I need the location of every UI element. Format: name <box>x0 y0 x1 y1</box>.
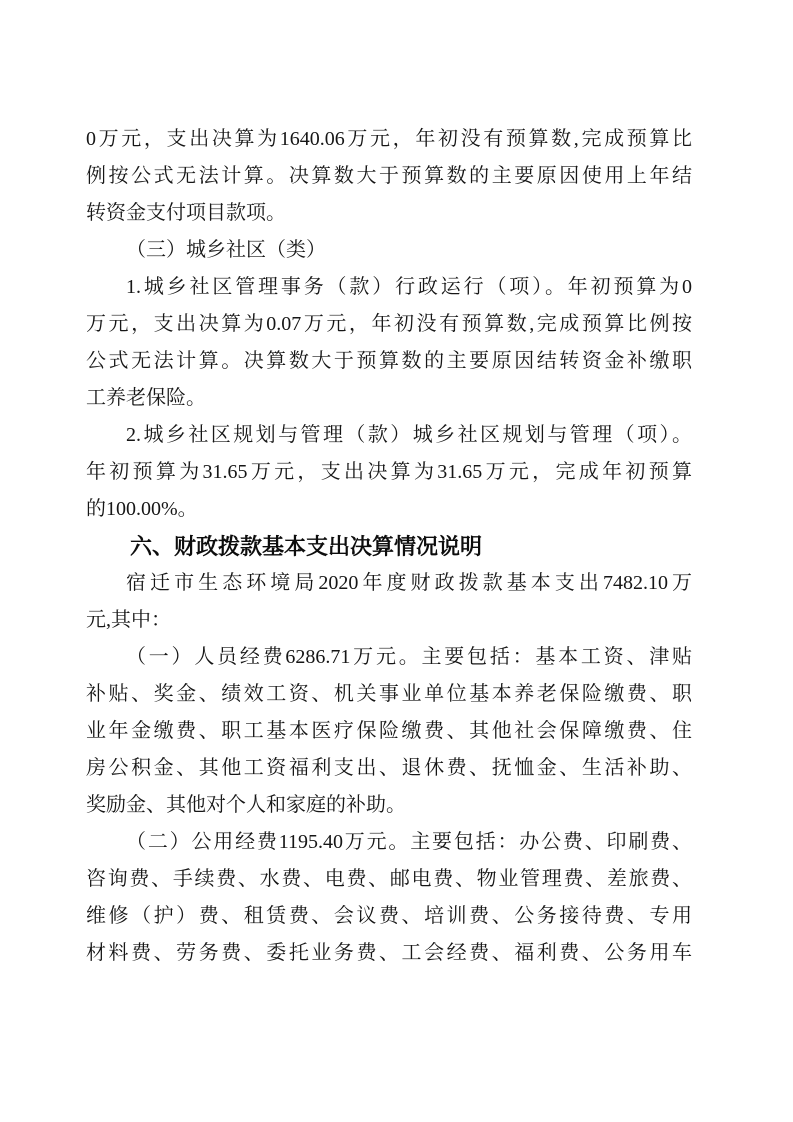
text-line: 补贴、奖金、绩效工资、机关事业单位基本养老保险缴费、职 <box>86 676 692 713</box>
text-line: 业年金缴费、职工基本医疗保险缴费、其他社会保障缴费、住 <box>86 713 692 750</box>
text-line: 房公积金、其他工资福利支出、退休费、抚恤金、生活补助、 <box>86 750 692 787</box>
text-line: 元,其中： <box>86 602 692 639</box>
document-page: 0万元，支出决算为1640.06万元，年初没有预算数,完成预算比例按公式无法计算… <box>0 0 793 1122</box>
text-line: （二）公用经费1195.40万元。主要包括：办公费、印刷费、 <box>86 824 692 861</box>
paragraph: 宿迁市生态环境局2020年度财政拨款基本支出7482.10万元,其中： <box>86 565 692 639</box>
paragraph: 0万元，支出决算为1640.06万元，年初没有预算数,完成预算比例按公式无法计算… <box>86 121 692 232</box>
text-line: 工养老保险。 <box>86 380 692 417</box>
text-line: 宿迁市生态环境局2020年度财政拨款基本支出7482.10万 <box>86 565 692 602</box>
text-line: 万元，支出决算为0.07万元，年初没有预算数,完成预算比例按 <box>86 306 692 343</box>
text-line: 年初预算为31.65万元，支出决算为31.65万元，完成年初预算 <box>86 454 692 491</box>
text-line: 维修（护）费、租赁费、会议费、培训费、公务接待费、专用 <box>86 898 692 935</box>
document-content: 0万元，支出决算为1640.06万元，年初没有预算数,完成预算比例按公式无法计算… <box>86 121 692 972</box>
text-line: （一）人员经费6286.71万元。主要包括：基本工资、津贴 <box>86 639 692 676</box>
paragraph: （一）人员经费6286.71万元。主要包括：基本工资、津贴补贴、奖金、绩效工资、… <box>86 639 692 824</box>
text-line: 奖励金、其他对个人和家庭的补助。 <box>86 787 692 824</box>
section-heading: 六、财政拨款基本支出决算情况说明 <box>86 528 692 565</box>
paragraph: 1.城乡社区管理事务（款）行政运行（项）。年初预算为0万元，支出决算为0.07万… <box>86 269 692 417</box>
text-line: 咨询费、手续费、水费、电费、邮电费、物业管理费、差旅费、 <box>86 861 692 898</box>
paragraph: （三）城乡社区（类） <box>86 232 692 269</box>
text-line: 2.城乡社区规划与管理（款）城乡社区规划与管理（项）。 <box>86 417 692 454</box>
paragraph: 2.城乡社区规划与管理（款）城乡社区规划与管理（项）。年初预算为31.65万元，… <box>86 417 692 528</box>
paragraph: （二）公用经费1195.40万元。主要包括：办公费、印刷费、咨询费、手续费、水费… <box>86 824 692 972</box>
text-line: 例按公式无法计算。决算数大于预算数的主要原因使用上年结 <box>86 158 692 195</box>
text-line: 的100.00%。 <box>86 491 692 528</box>
text-line: 1.城乡社区管理事务（款）行政运行（项）。年初预算为0 <box>86 269 692 306</box>
text-line: （三）城乡社区（类） <box>86 232 692 269</box>
text-line: 转资金支付项目款项。 <box>86 195 692 232</box>
text-line: 公式无法计算。决算数大于预算数的主要原因结转资金补缴职 <box>86 343 692 380</box>
paragraph: 六、财政拨款基本支出决算情况说明 <box>86 528 692 565</box>
text-line: 材料费、劳务费、委托业务费、工会经费、福利费、公务用车 <box>86 935 692 972</box>
text-line: 0万元，支出决算为1640.06万元，年初没有预算数,完成预算比 <box>86 121 692 158</box>
